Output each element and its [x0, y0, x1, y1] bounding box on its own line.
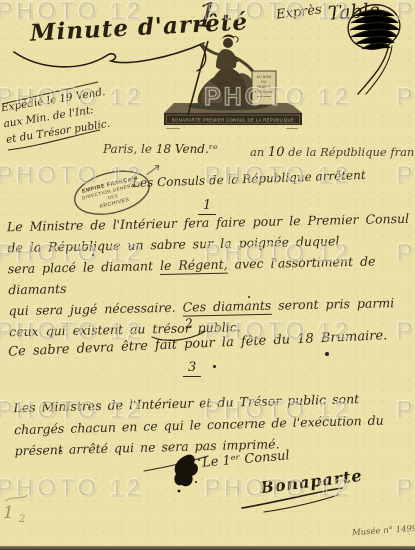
article-1-paragraph: Le Ministre de l'Intérieur fera faire po… — [7, 208, 414, 342]
bonaparte-engraving: BONAPARTE PREMIER CONSUL DE LA RÉPUBLIQU… — [158, 33, 312, 131]
written-day: 18 Vend.ʳᵉ — [156, 142, 218, 156]
ink-speck — [248, 296, 250, 298]
document-content: Minute d'arrêté 1 Exprès Table Expédié l… — [0, 0, 415, 550]
printed-republic-label: de la République française. — [288, 145, 415, 159]
ink-scribble — [342, 0, 414, 100]
margin-note-strokes — [0, 78, 115, 158]
pencil-mark: 1 — [3, 503, 14, 523]
tablet-text-line: DU — [261, 80, 267, 84]
underlined-term: Ces diamants — [182, 298, 271, 317]
stamp-arrow — [145, 165, 160, 175]
dateline-year: an 10 de la République française. — [250, 145, 415, 160]
ink-speck — [348, 148, 350, 150]
underlined-term: le Régent, — [160, 257, 228, 275]
signature-flourish — [238, 486, 348, 514]
line-text: sera placé le diamant — [8, 258, 160, 276]
printed-an-label: an — [250, 145, 264, 159]
written-year: 10 — [268, 145, 285, 160]
pencil-mark: 2 — [19, 514, 25, 525]
tablet-text-line: PEUPLE — [257, 85, 272, 89]
dateline-place: Paris, le 18 Vend.ʳᵉ — [103, 142, 218, 156]
expres-annotation: Exprès — [275, 2, 322, 22]
opening-line: Les Consuls de la République arrêtent — [132, 168, 366, 190]
article-3-paragraph: Les Ministres de l'Intérieur et du Tréso… — [13, 387, 413, 462]
ink-speck — [236, 60, 238, 62]
article-3-number: 3 — [183, 360, 201, 377]
line-text: qui sera jugé nécessaire. — [9, 300, 183, 319]
tablet-text-line: AU NOM — [257, 75, 272, 79]
ink-speck — [92, 254, 94, 256]
page-number: 1 — [194, 0, 220, 37]
museum-reference: Musée n° 1499 — [352, 524, 415, 539]
line-text: seront pris parmi — [271, 295, 394, 313]
ink-speck — [325, 352, 329, 356]
engraver-credit-left — [166, 128, 180, 129]
ink-speck — [213, 365, 216, 368]
ink-speck — [60, 450, 62, 452]
photo-bottom-edge — [0, 546, 415, 550]
engraving-tablet: AU NOM DU PEUPLE FRANÇAIS — [252, 71, 276, 105]
printed-place-label: Paris, le — [103, 142, 152, 156]
engraver-credit-right — [286, 128, 298, 129]
engraving-caption: BONAPARTE PREMIER CONSUL DE LA RÉPUBLIQU… — [172, 117, 294, 122]
stamp-line: ARCHIVES — [99, 197, 130, 210]
tablet-text-line: FRANÇAIS — [255, 90, 274, 94]
manuscript-photo: Minute d'arrêté 1 Exprès Table Expédié l… — [0, 0, 415, 550]
ink-blot — [172, 452, 202, 494]
